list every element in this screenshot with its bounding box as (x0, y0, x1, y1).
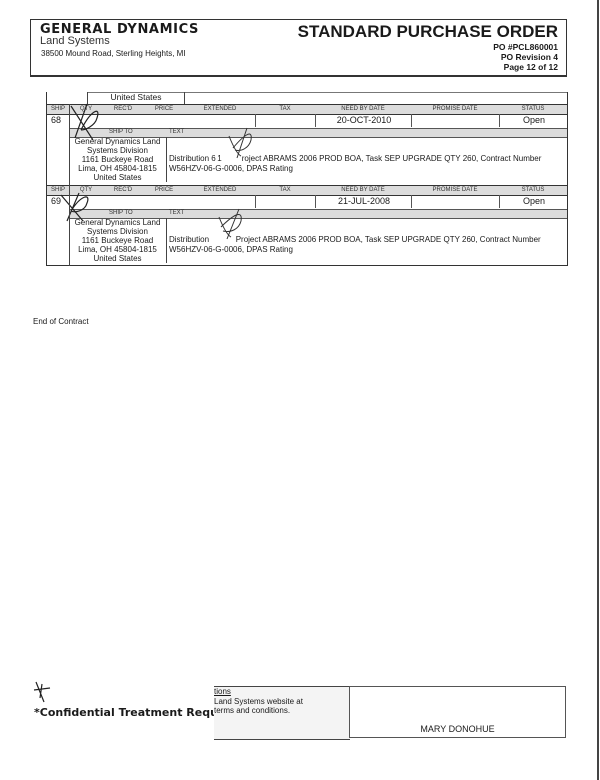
need-by-date-value: 21-JUL-2008 (315, 195, 412, 208)
promise-date-value (411, 114, 500, 127)
col-ship-to: SHIP TO (109, 210, 133, 216)
line-values-row: 68 20-OCT-2010 Open (47, 114, 567, 127)
col-text: TEXT (169, 129, 184, 135)
need-by-date-value: 20-OCT-2010 (315, 114, 412, 127)
ship-to-line: Lima, OH 45804-1815 (69, 164, 166, 173)
column-divider (69, 104, 70, 266)
ship-to-line: 1161 Buckeye Road (69, 236, 166, 245)
ship-to-line: Systems Division (69, 146, 166, 155)
ship-to-line: Systems Division (69, 227, 166, 236)
document-header: GENERAL DYNAMICS Land Systems 38500 Moun… (30, 19, 567, 77)
ship-to-line: Lima, OH 45804-1815 (69, 245, 166, 254)
tax-value (255, 195, 316, 208)
handwritten-x-mark-icon (32, 680, 52, 704)
page-number: Page 12 of 12 (504, 62, 558, 72)
col-recd: REC'D (103, 106, 143, 112)
col-need-by-date: NEED BY DATE (315, 106, 411, 112)
col-extended: EXTENDED (185, 187, 255, 193)
handwritten-x-mark-icon (223, 126, 259, 160)
col-ship: SHIP (49, 106, 67, 112)
page-edge (597, 0, 599, 780)
col-tax: TAX (255, 106, 315, 112)
ship-to-line: United States (69, 173, 166, 182)
col-extended: EXTENDED (185, 106, 255, 112)
end-of-contract: End of Contract (33, 317, 89, 326)
col-status: STATUS (499, 187, 567, 193)
po-lines-table: United States SHIP QTY REC'D PRICE EXTEN… (46, 92, 568, 266)
col-ship-to: SHIP TO (109, 129, 133, 135)
signature-box: MARY DONOHUE (349, 686, 566, 738)
company-address: 38500 Mound Road, Sterling Heights, MI (41, 49, 186, 58)
col-promise-date: PROMISE DATE (411, 106, 499, 112)
col-promise-date: PROMISE DATE (411, 187, 499, 193)
handwritten-x-mark-icon (213, 207, 249, 241)
company-division: Land Systems (40, 35, 110, 47)
signer-name: MARY DONOHUE (350, 724, 565, 734)
po-revision: PO Revision 4 (501, 52, 558, 62)
handwritten-x-mark-icon (57, 189, 97, 225)
status-value: Open (499, 114, 568, 127)
col-tax: TAX (255, 187, 315, 193)
col-price: PRICE (145, 187, 183, 193)
promise-date-value (411, 195, 500, 208)
po-number: PO #PCL860001 (493, 42, 558, 52)
terms-box: tions Land Systems website at terms and … (214, 686, 350, 740)
ship-to-line: United States (69, 254, 166, 263)
text-line: W56HZV-06-G-0006, DPAS Rating (169, 245, 563, 255)
ship-number: 68 (51, 115, 61, 125)
col-text: TEXT (169, 210, 184, 216)
document-title: STANDARD PURCHASE ORDER (298, 22, 558, 42)
terms-text: Land Systems website at (214, 697, 350, 707)
tax-value (255, 114, 316, 127)
line-values-row: 69 21-JUL-2008 Open (47, 195, 567, 208)
terms-text: terms and conditions. (214, 706, 350, 716)
text-line: W56HZV-06-G-0006, DPAS Rating (169, 164, 563, 174)
col-price: PRICE (145, 106, 183, 112)
ship-to-line: 1161 Buckeye Road (69, 155, 166, 164)
col-recd: REC'D (103, 187, 143, 193)
terms-link[interactable]: tions (214, 687, 350, 697)
col-status: STATUS (499, 106, 567, 112)
col-need-by-date: NEED BY DATE (315, 187, 411, 193)
handwritten-x-mark-icon (67, 100, 107, 144)
status-value: Open (499, 195, 568, 208)
